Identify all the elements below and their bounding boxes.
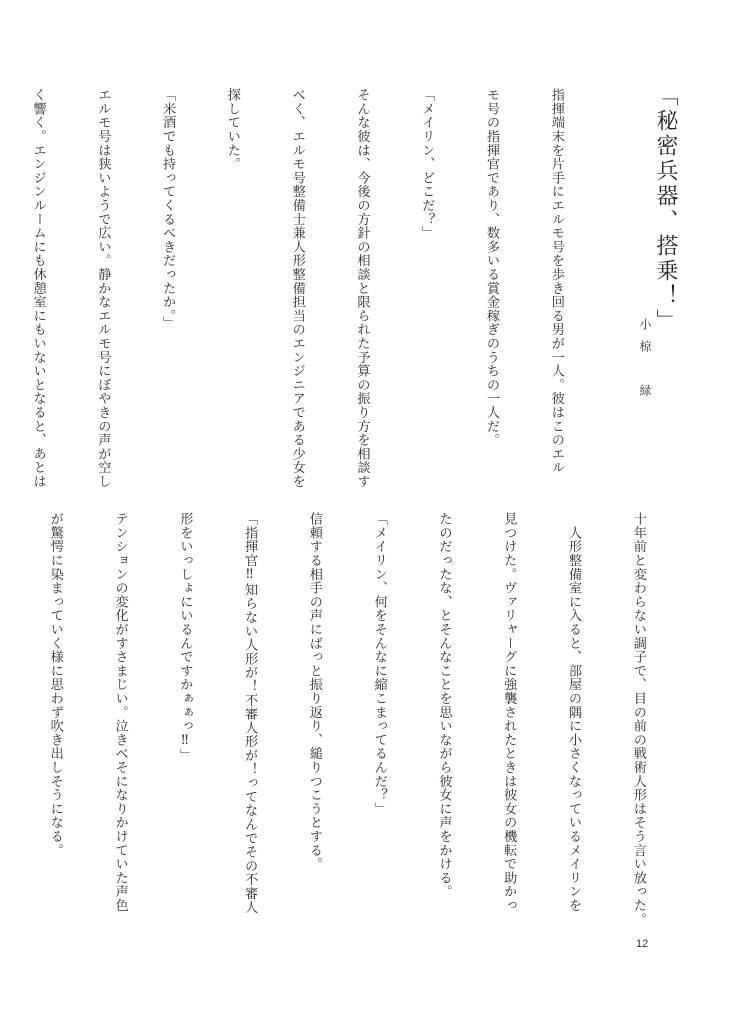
body-text-top-block: 指揮端末を片手にエルモ号を歩き回る男が一人。彼はこのエル モ号の指揮官であり、数…: [0, 88, 610, 478]
text-line: 「あぁ、メイリンこいつはOTs-12、ティスだ。知らないのも無理: [0, 512, 1, 932]
text-line: 指揮端末を片手にエルモ号を歩き回る男が一人。彼はこのエル: [545, 88, 567, 478]
author-name: 小椋 緑: [637, 318, 654, 406]
text-line: 「指揮官‼知らない人形が！不審人形が！ってなんでその不審人: [239, 512, 261, 932]
text-line: 形をいっしょにいるんですかぁぁっ‼」: [174, 512, 196, 932]
text-line: テンションの変化がすさまじい。泣きべそになりかけていた声色: [109, 512, 131, 932]
text-line: そんな彼は、今後の方針の相談と限られた予算の振り方を相談す: [351, 88, 373, 478]
text-line: 人形整備室に入ると、部屋の隅に小さくなっているメイリンを: [562, 512, 584, 932]
document-page: 「秘密兵器、搭乗！」 小椋 緑 指揮端末を片手にエルモ号を歩き回る男が一人。彼は…: [0, 0, 732, 1024]
text-line: モ号の指揮官であり、数多いる賞金稼ぎのうちの一人だ。: [480, 88, 502, 478]
body-text-bottom-block: 十年前と変わらない調子で、目の前の戦術人形はそう言い放った。 人形整備室に入ると…: [0, 512, 692, 932]
text-line: 見つけた。ヴァリャーグに強襲されたときは彼女の機転で助かっ: [498, 512, 520, 932]
text-line: べく、エルモ号整備士兼人形整備担当のエンジニアである少女を: [286, 88, 308, 478]
text-line: たのだったな、とそんなことを思いながら彼女に声をかける。: [433, 512, 455, 932]
text-line: 探していた。: [221, 88, 243, 478]
story-title: 「秘密兵器、搭乗！」: [650, 84, 680, 334]
page-number: 12: [636, 938, 648, 950]
text-line: 「米酒でも持ってくるべきだったか。」: [157, 88, 179, 478]
text-line: が驚愕に染まっていく様に思わず吹き出しそうになる。: [44, 512, 66, 932]
text-line: 「メイリン、どこだ？」: [416, 88, 438, 478]
text-line: 信頼する相手の声にばっと振り返り、縋りつこうとする。: [303, 512, 325, 932]
text-line: 「メイリン、何をそんなに縮こまってるんだ？」: [368, 512, 390, 932]
text-line: く響く。エンジンルームにも休憩室にもいないとなると、あとは: [27, 88, 49, 478]
text-line: エルモ号は狭いようで広い。静かなエルモ号にぼやきの声が空し: [92, 88, 114, 478]
text-line: 十年前と変わらない調子で、目の前の戦術人形はそう言い放った。: [627, 512, 649, 932]
